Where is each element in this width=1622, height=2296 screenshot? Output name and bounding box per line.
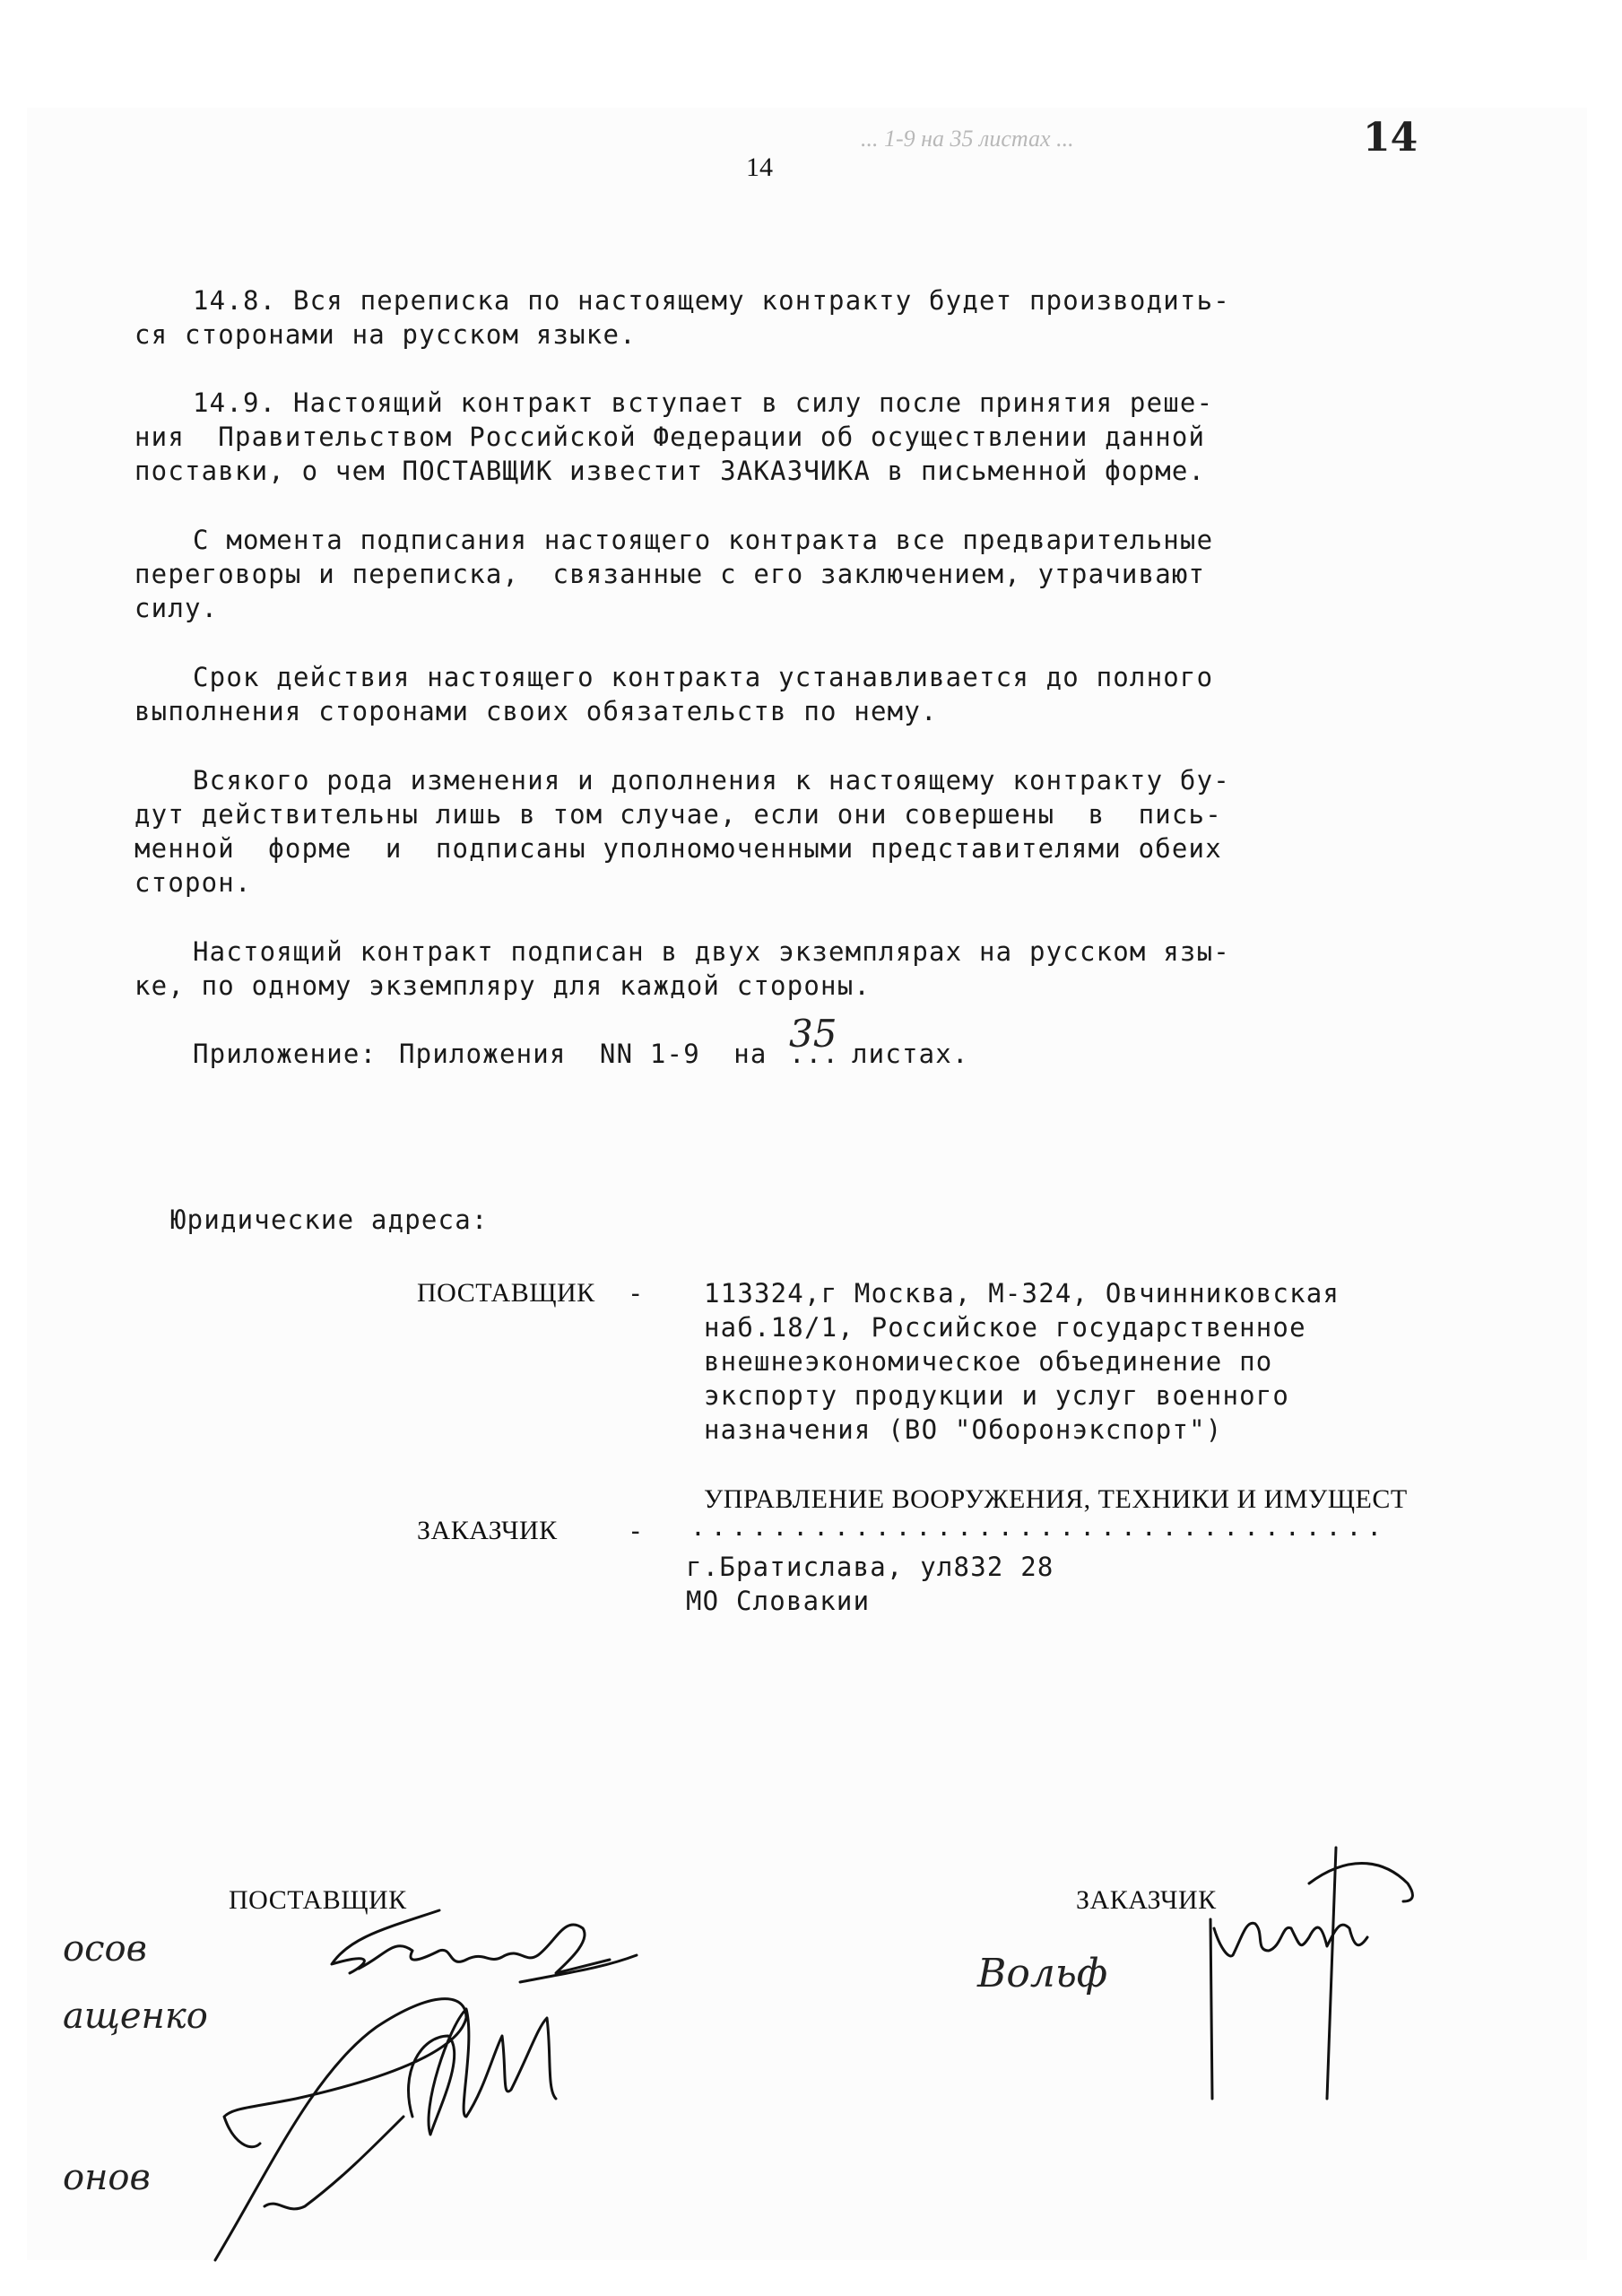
customer-signature-icon — [1201, 1848, 1488, 2117]
supplier-address-line-4: экспорту продукции и услуг военного — [704, 1380, 1289, 1411]
customer-address-line-1: г.Братислава, ул832 28 — [686, 1552, 1054, 1582]
paragraph-changes-line-3: менной форме и подписаны уполномоченными… — [134, 833, 1222, 864]
supplier-address-line-3: внешнеэкономическое объединение по — [704, 1346, 1272, 1377]
page-number: 14 — [746, 152, 773, 183]
paragraph-14-8-line-2: ся сторонами на русском языке. — [134, 319, 637, 350]
customer-dots-line: .................................. — [690, 1512, 1387, 1542]
supplier-signatory-name-2: ащенко — [63, 1996, 208, 2037]
appendix-label: Приложение: — [193, 1039, 377, 1069]
appendix-handwritten-count: 35 — [789, 1012, 837, 1056]
supplier-signatory-name-3: онов — [63, 2157, 151, 2198]
paragraph-changes-line-2: дут действительны лишь в том случае, есл… — [134, 799, 1222, 830]
supplier-address-dash: - — [628, 1278, 645, 1309]
paragraph-signing-line-1: С момента подписания настоящего контракт… — [193, 525, 1213, 555]
faint-header-annotation: ... 1-9 на 35 листах ... — [861, 126, 1074, 152]
paragraph-term-line-1: Срок действия настоящего контракта устан… — [193, 662, 1213, 692]
paragraph-changes-line-4: сторон. — [134, 867, 252, 898]
paragraph-copies-line-2: ке, по одному экземпляру для каждой стор… — [134, 970, 871, 1001]
paragraph-14-8-line-1: 14.8. Вся переписка по настоящему контра… — [193, 285, 1230, 316]
customer-address-line-2: МО Словакии — [686, 1586, 870, 1616]
handwritten-sheet-number: 14 — [1363, 115, 1418, 161]
appendix-text-after: листах. — [852, 1039, 969, 1069]
addresses-heading: Юридические адреса: — [170, 1205, 489, 1235]
appendix-text: Приложения NN 1-9 на — [399, 1039, 768, 1069]
paragraph-copies-line-1: Настоящий контракт подписан в двух экзем… — [193, 936, 1230, 967]
supplier-address-line-5: назначения (ВО "Оборонэкспорт") — [704, 1414, 1222, 1445]
customer-org-line: УПРАВЛЕНИЕ ВООРУЖЕНИЯ, ТЕХНИКИ И ИМУЩЕСТ — [704, 1484, 1408, 1515]
paragraph-signing-line-2: переговоры и переписка, связанные с его … — [134, 559, 1205, 589]
supplier-address-label: ПОСТАВЩИК — [417, 1278, 595, 1309]
customer-address-dash: - — [628, 1516, 645, 1546]
paragraph-changes-line-1: Всякого рода изменения и дополнения к на… — [193, 765, 1230, 796]
supplier-signatory-name-1: осов — [63, 1928, 147, 1970]
supplier-signature-2-icon — [197, 1973, 681, 2269]
paragraph-signing-line-3: силу. — [134, 593, 218, 623]
paragraph-14-9-line-1: 14.9. Настоящий контракт вступает в силу… — [193, 387, 1213, 418]
customer-signatory-name: Вольф — [977, 1951, 1107, 1996]
supplier-address-line-1: 113324,г Москва, М-324, Овчинниковская — [704, 1278, 1340, 1309]
supplier-address-line-2: наб.18/1, Российское государственное — [704, 1312, 1306, 1343]
customer-address-label: ЗАКАЗЧИК — [417, 1516, 558, 1546]
paragraph-term-line-2: выполнения сторонами своих обязательств … — [134, 696, 938, 726]
customer-signature-label: ЗАКАЗЧИК — [1076, 1885, 1217, 1916]
paragraph-14-9-line-3: поставки, о чем ПОСТАВЩИК известит ЗАКАЗ… — [134, 456, 1205, 486]
paragraph-14-9-line-2: ния Правительством Российской Федерации … — [134, 422, 1205, 452]
